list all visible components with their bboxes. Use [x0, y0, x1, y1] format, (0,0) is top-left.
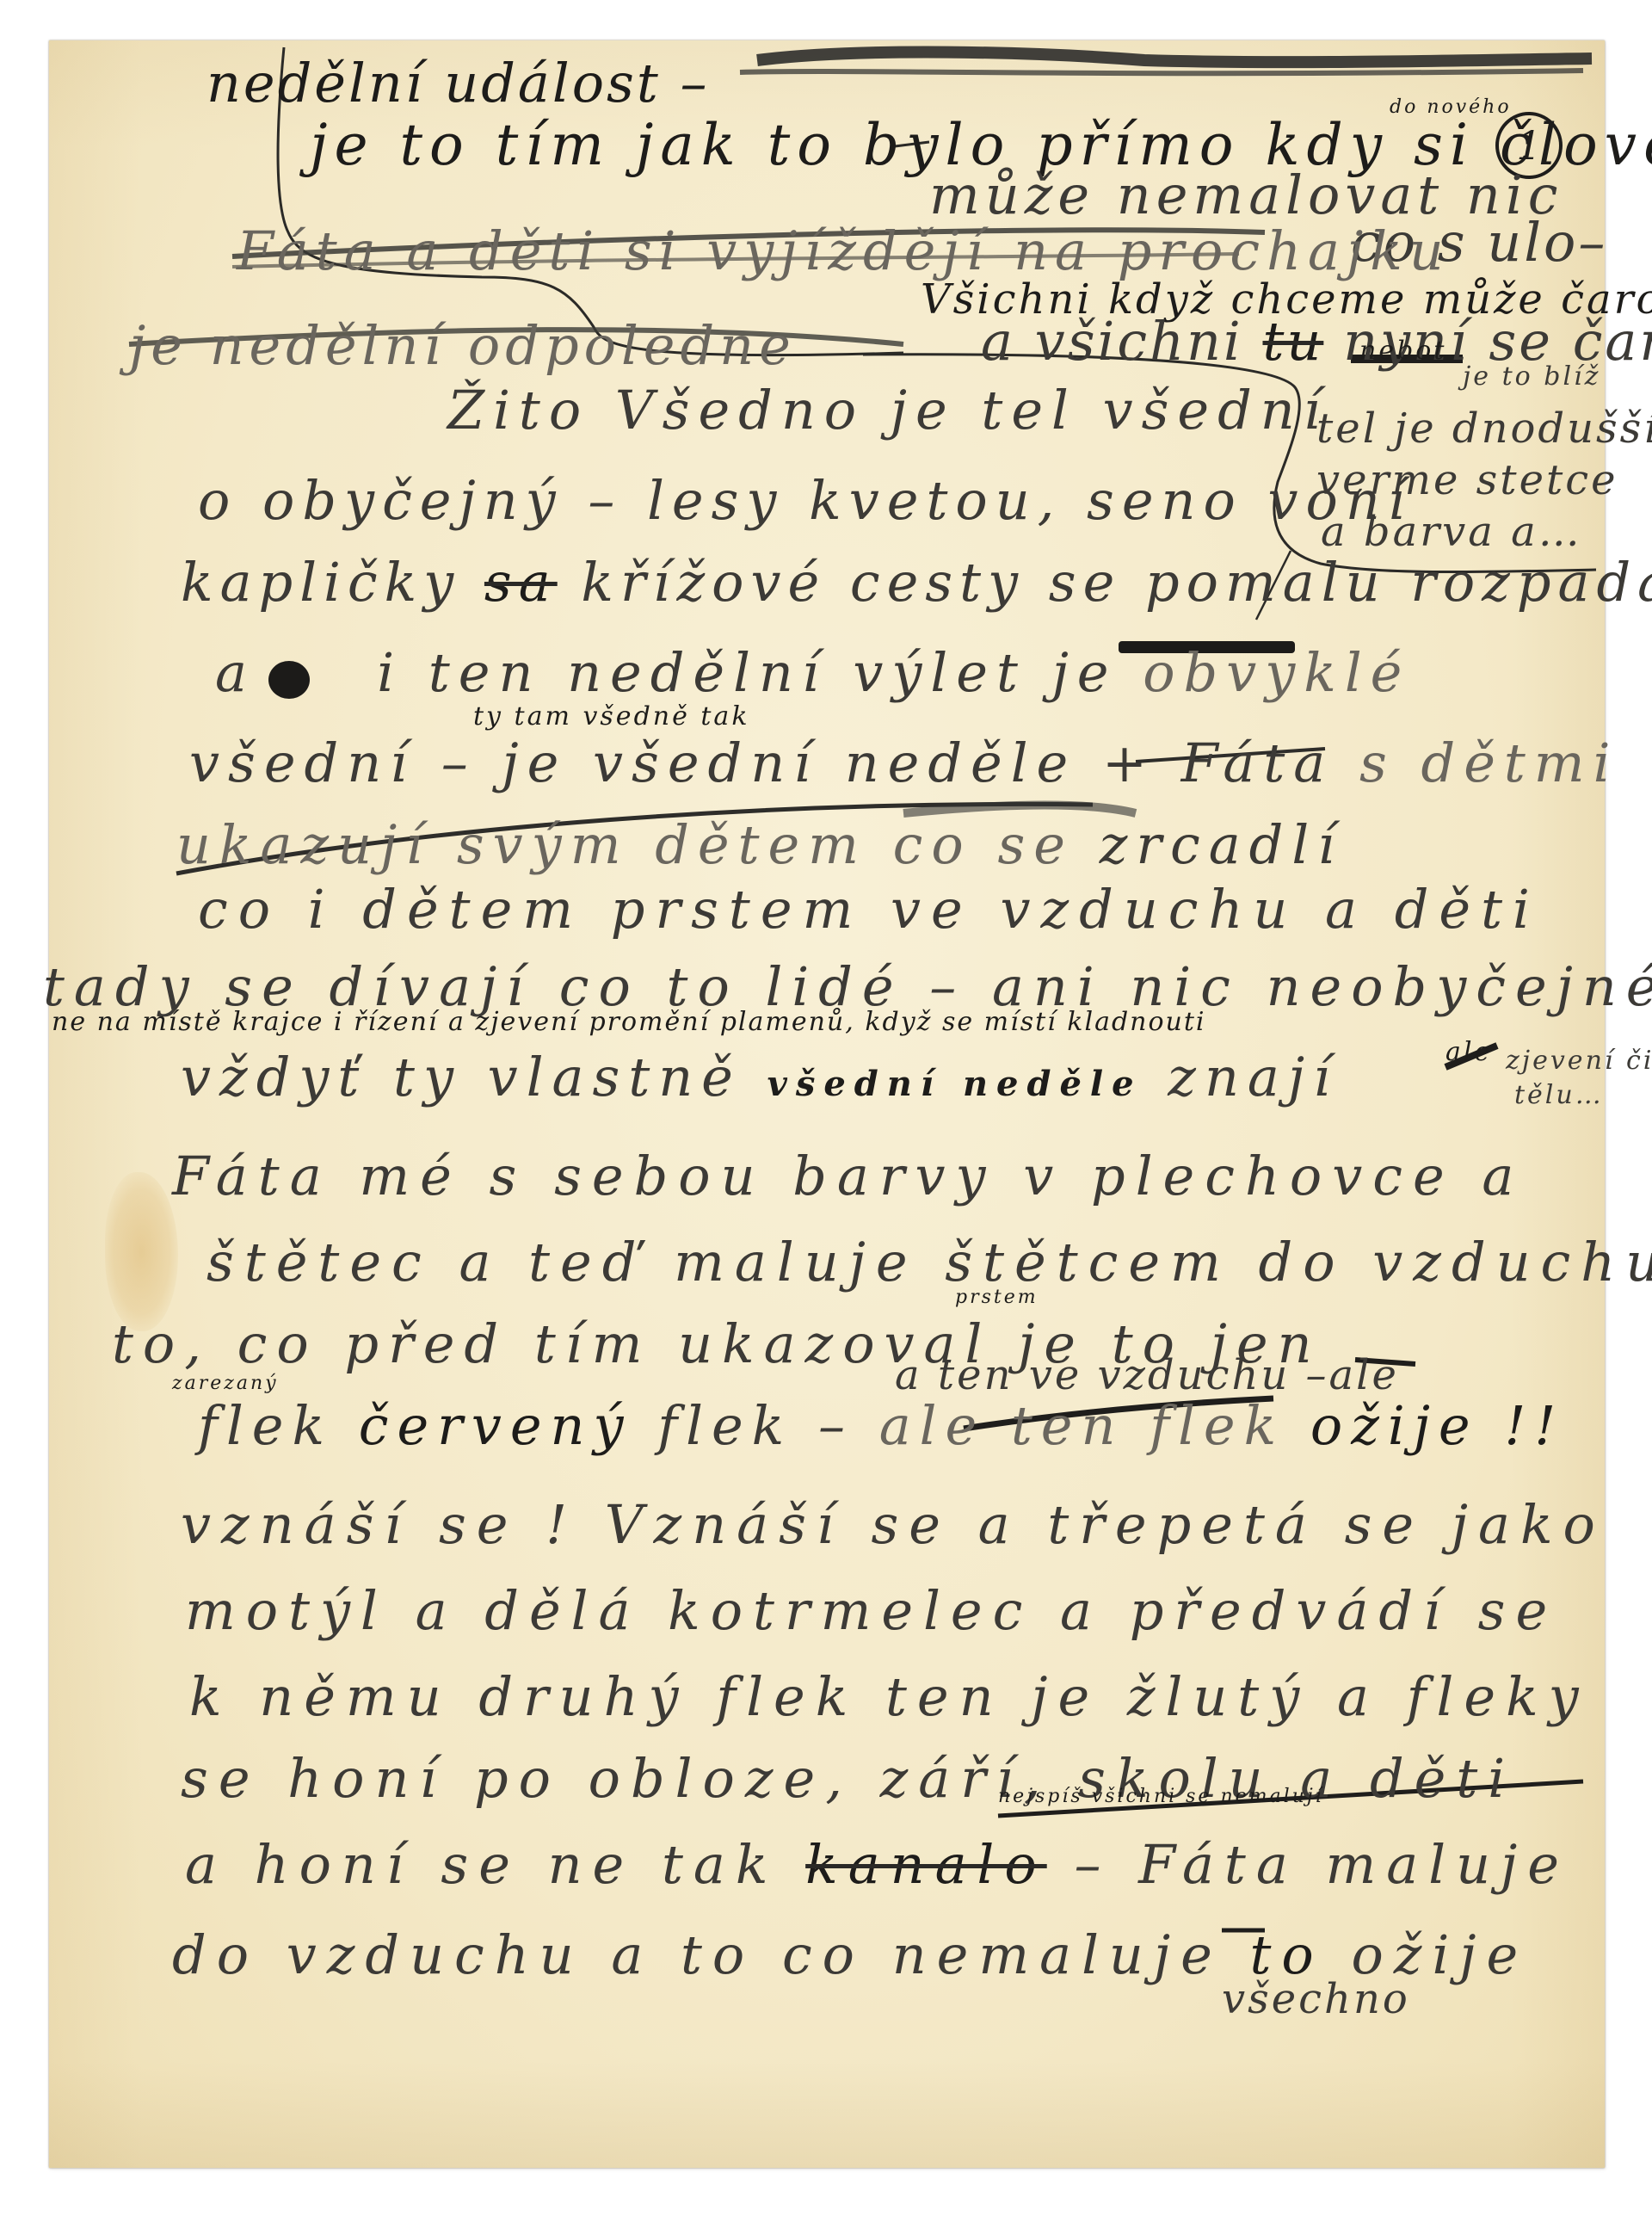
text-fragment: to, co před tím ukazoval: [112, 1312, 991, 1375]
struck-text-line: ukazují svým dětem co se zrcadlí: [176, 813, 1343, 876]
text-fragment: a: [215, 641, 256, 704]
water-stain: [105, 1172, 178, 1331]
margin-text: tělu…: [1514, 1080, 1604, 1110]
scribbled-word: všední neděle: [767, 1064, 1143, 1104]
struck-word: tu: [1262, 310, 1323, 373]
text-fragment: a honí se ne tak: [185, 1833, 778, 1896]
text-line: štětec a teď maluje štětcem do vzduchu: [206, 1231, 1652, 1293]
insertion: ty tam všedně tak: [473, 701, 750, 731]
text-line: vznáší se ! Vznáší se a třepetá se jako: [181, 1493, 1606, 1556]
struck-word: obvyklé: [1143, 641, 1410, 704]
text-line: nedělní událost –: [206, 52, 709, 114]
insertion: a ten ve vzduchu –ale: [895, 1351, 1399, 1399]
struck-insertion: nejspíš všichni se nemalují: [998, 1786, 1324, 1807]
text-fragment: a všichni: [981, 310, 1243, 373]
text-fragment: všední – je všední neděle + Fáta: [189, 731, 1334, 794]
margin-text: zjevení čistého: [1506, 1046, 1652, 1076]
text-line: flek červený flek – ale ten flek ožije !…: [198, 1394, 1564, 1457]
text-fragment: znají: [1168, 1046, 1339, 1108]
struck-text-line: je nedělní odpoledne: [129, 314, 796, 377]
text-fragment: vždyť ty vlastně: [181, 1046, 742, 1108]
struck-phrase: ale ten flek: [879, 1394, 1285, 1457]
insertion: všechno: [1222, 1975, 1410, 2023]
scribbled-word: se: [997, 813, 1074, 876]
text-line: motýl a dělá kotrmelec a předvádí se: [185, 1579, 1557, 1642]
text-fragment: ukazují svým dětem co: [176, 813, 972, 876]
text-fragment: ožije !!: [1310, 1394, 1564, 1457]
text-line: Fáta mé s sebou barvy v plechovce a: [172, 1145, 1524, 1207]
scribbled-word: červený: [359, 1394, 632, 1457]
text-fragment: kapličky: [181, 551, 460, 614]
text-line: a honí se ne tak kanalo – Fáta maluje: [185, 1833, 1569, 1896]
insertion: zarezaný: [172, 1373, 279, 1394]
margin-text: je to blíž: [1463, 361, 1600, 392]
text-line: k němu druhý flek ten je žlutý a fleky: [189, 1665, 1589, 1728]
text-line: všední – je všední neděle + Fáta s dětmi: [189, 731, 1618, 794]
text-fragment: flek –: [657, 1394, 854, 1457]
insertion: prstem: [955, 1287, 1039, 1308]
text-fragment: flek: [198, 1394, 333, 1457]
struck-word: sa: [484, 551, 558, 614]
insertion: ne na místě krajce i řízení a zjevení pr…: [52, 1007, 1206, 1037]
text-line: co i dětem prstem ve vzduchu a děti: [198, 878, 1540, 941]
text-fragment: do vzduchu a to co nemaluje: [172, 1923, 1223, 1986]
text-line: a ta i ten nedělní výlet je obvyklé: [215, 641, 1410, 704]
text-line: o obyčejný – lesy kvetou, seno voní: [198, 469, 1413, 532]
text-line: kapličky sa křížové cesty se pomalu rozp…: [181, 551, 1652, 614]
text-fragment: křížové cesty se pomalu rozpadají: [581, 551, 1652, 614]
text-line: Žito Všedno je tel všední: [447, 379, 1329, 441]
struck-word: ale: [1445, 1037, 1492, 1067]
text-fragment: i ten nedělní výlet je: [377, 641, 1117, 704]
struck-text-line: Fáta a děti si vyjíždějí na prochajku: [237, 219, 1451, 282]
margin-text: tel je dnodušší: [1316, 404, 1652, 453]
text-fragment: – Fáta maluje: [1074, 1833, 1569, 1896]
struck-word: s dětmi: [1359, 731, 1618, 794]
margin-struck: nebot: [1359, 336, 1446, 366]
struck-word: kanalo: [805, 1833, 1047, 1896]
text-line: vždyť ty vlastně všední neděle znají: [181, 1046, 1339, 1108]
text-fragment: zrcadlí: [1100, 813, 1343, 876]
scribbled-word: ta: [281, 641, 352, 704]
insertion: do nového: [1390, 96, 1512, 118]
